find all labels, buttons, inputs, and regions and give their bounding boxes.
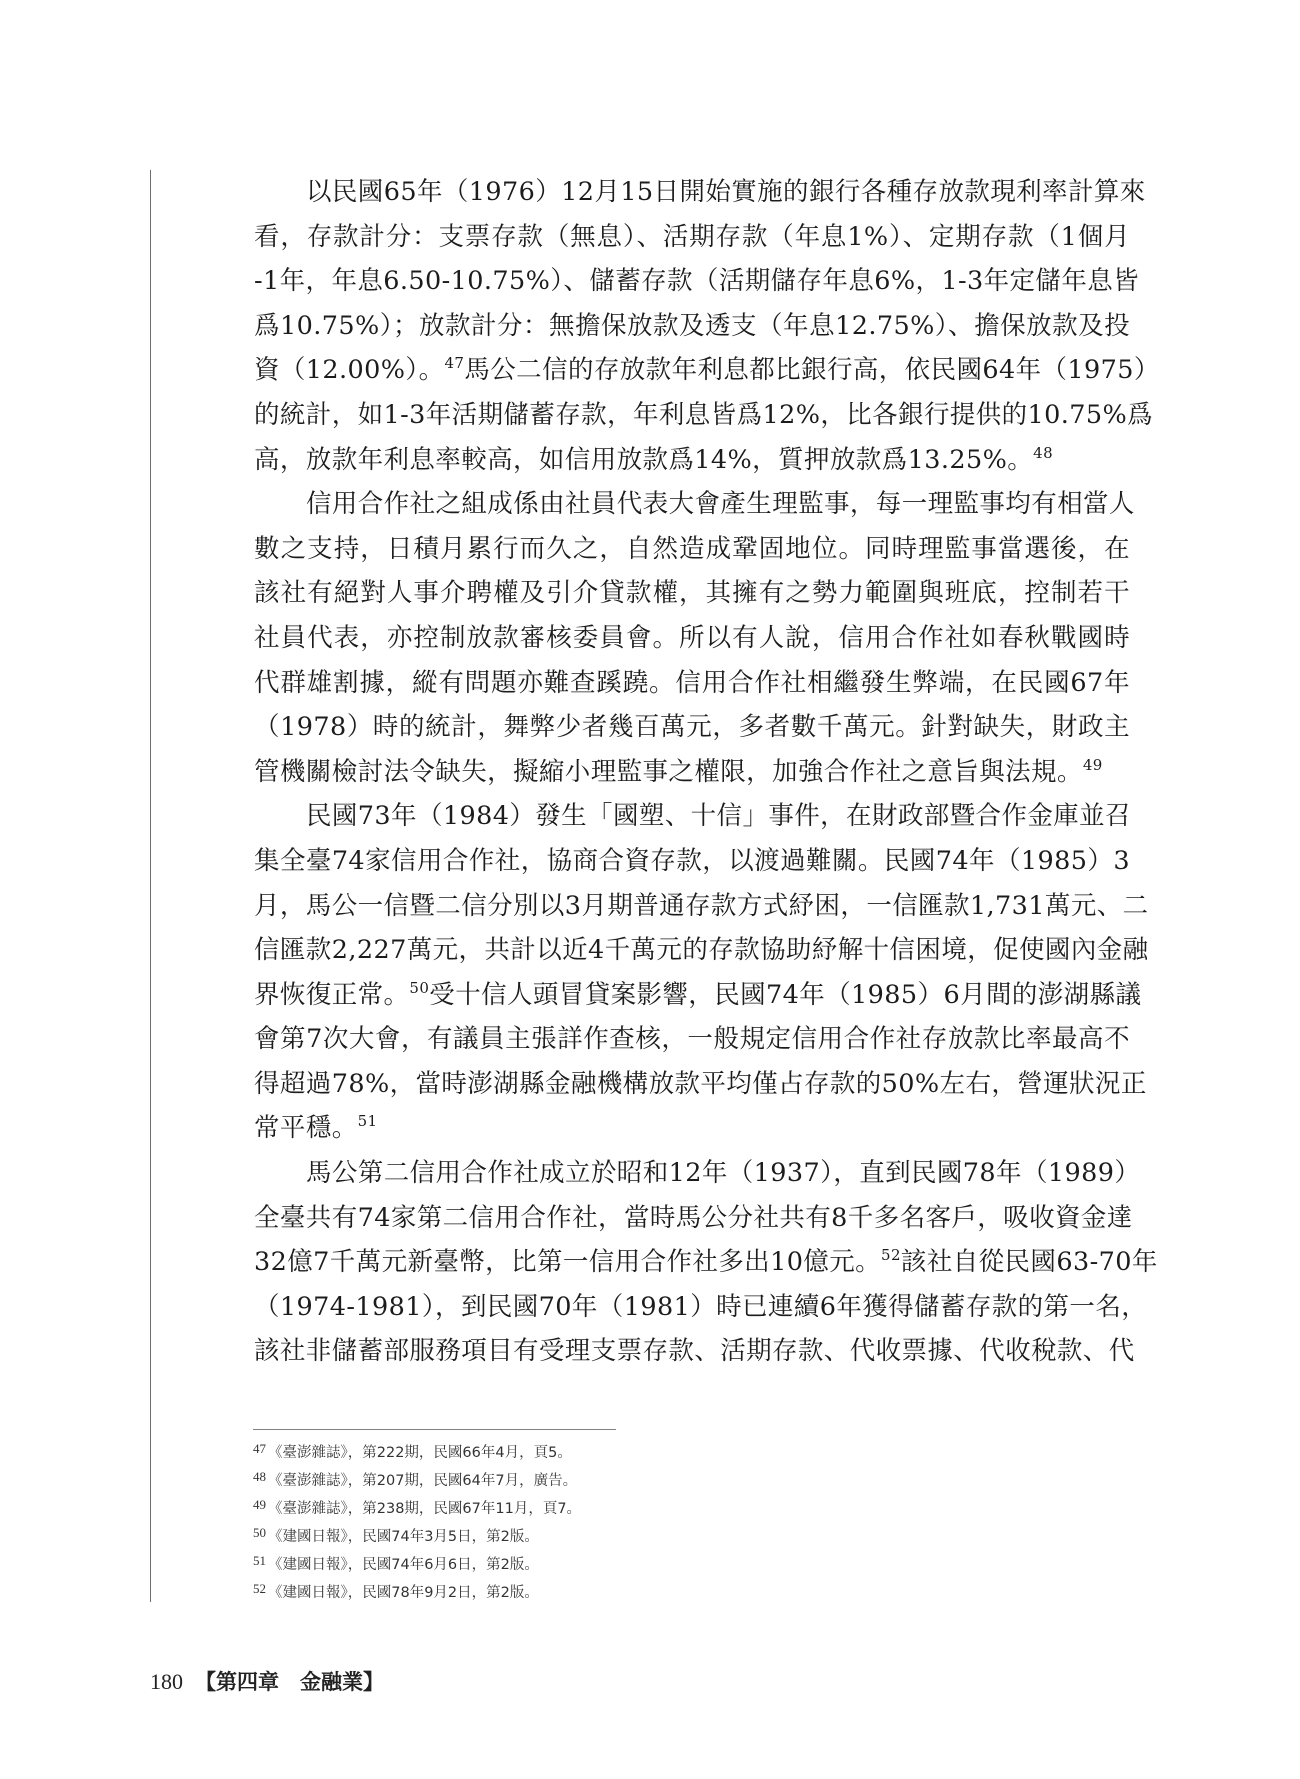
text-segment: 界恢復正常。 xyxy=(254,980,409,1010)
footnote-51: 51《建國日報》，民國74年6月6日，第2版。 xyxy=(253,1549,581,1577)
footnote-ref-50[interactable]: 50 xyxy=(409,979,429,997)
page-footer: 180【第四章 金融業】 xyxy=(150,1666,384,1696)
text-line: 信用合作社之組成係由社員代表大會產生理監事，每一理監事均有相當人 xyxy=(254,482,1130,527)
text-segment: 資（12.00%）。 xyxy=(254,355,444,385)
footnote-48: 48《臺澎雜誌》，第207期，民國64年7月，廣告。 xyxy=(253,1465,581,1493)
text-segment: 32億7千萬元新臺幣，比第一信用合作社多出10億元。 xyxy=(254,1247,881,1277)
text-line: 馬公第二信用合作社成立於昭和12年（1937），直到民國78年（1989） xyxy=(254,1151,1130,1196)
text-line: 會第7次大會，有議員主張詳作查核，一般規定信用合作社存放款比率最高不 xyxy=(254,1017,1130,1062)
paragraph-2: 信用合作社之組成係由社員代表大會產生理監事，每一理監事均有相當人 數之支持，日積… xyxy=(254,482,1130,794)
paragraph-1: 以民國65年（1976）12月15日開始實施的銀行各種存放款現利率計算來 看，存… xyxy=(254,170,1130,482)
footnote-49: 49《臺澎雜誌》，第238期，民國67年11月，頁7。 xyxy=(253,1493,581,1521)
footnote-separator xyxy=(253,1429,616,1430)
text-line: 界恢復正常。50受十信人頭冒貸案影響，民國74年（1985）6月間的澎湖縣議 xyxy=(254,973,1130,1018)
footnote-number: 48 xyxy=(253,1469,266,1484)
text-segment: 常平穩。 xyxy=(254,1113,358,1143)
footnote-ref-52[interactable]: 52 xyxy=(881,1246,901,1264)
page-number: 180 xyxy=(150,1669,183,1694)
footnote-number: 52 xyxy=(253,1581,266,1596)
text-line: -1年，年息6.50-10.75%）、儲蓄存款（活期儲存年息6%，1-3年定儲年… xyxy=(254,259,1130,304)
text-line: （1974-1981），到民國70年（1981）時已連續6年獲得儲蓄存款的第一名… xyxy=(254,1285,1130,1330)
footnote-number: 49 xyxy=(253,1497,266,1512)
footnote-number: 51 xyxy=(253,1553,266,1568)
text-segment: 該社自從民國63-70年 xyxy=(901,1247,1158,1277)
text-line: 以民國65年（1976）12月15日開始實施的銀行各種存放款現利率計算來 xyxy=(254,170,1130,215)
text-line: 高，放款年利息率較高，如信用放款爲14%，質押放款爲13.25%。48 xyxy=(254,438,1130,483)
text-line: 代群雄割據，縱有問題亦難查蹊蹺。信用合作社相繼發生弊端，在民國67年 xyxy=(254,661,1130,706)
footnote-number: 47 xyxy=(253,1441,266,1456)
footnote-52: 52《建國日報》，民國78年9月2日，第2版。 xyxy=(253,1577,581,1605)
text-line: 月，馬公一信暨二信分別以3月期普通存款方式紓困，一信匯款1,731萬元、二 xyxy=(254,884,1130,929)
text-line: 集全臺74家信用合作社，協商合資存款，以渡過難關。民國74年（1985）3 xyxy=(254,839,1130,884)
text-line: 32億7千萬元新臺幣，比第一信用合作社多出10億元。52該社自從民國63-70年 xyxy=(254,1240,1130,1285)
text-line: 的統計，如1-3年活期儲蓄存款，年利息皆爲12%，比各銀行提供的10.75%爲 xyxy=(254,393,1130,438)
text-line: 常平穩。51 xyxy=(254,1106,1130,1151)
text-segment: 高，放款年利息率較高，如信用放款爲14%，質押放款爲13.25%。 xyxy=(254,445,1033,475)
footnote-text: 《臺澎雜誌》，第222期，民國66年4月，頁5。 xyxy=(268,1445,572,1461)
body-text: 以民國65年（1976）12月15日開始實施的銀行各種存放款現利率計算來 看，存… xyxy=(254,170,1130,1374)
text-line: 得超過78%，當時澎湖縣金融機構放款平均僅占存款的50%左右，營運狀況正 xyxy=(254,1062,1130,1107)
chapter-label: 【第四章 金融業】 xyxy=(195,1669,384,1694)
footnote-47: 47《臺澎雜誌》，第222期，民國66年4月，頁5。 xyxy=(253,1437,581,1465)
text-line: 數之支持，日積月累行而久之，自然造成鞏固地位。同時理監事當選後，在 xyxy=(254,527,1130,572)
footnote-ref-51[interactable]: 51 xyxy=(358,1112,378,1130)
margin-rule xyxy=(150,170,151,1602)
footnote-ref-49[interactable]: 49 xyxy=(1083,756,1103,774)
text-line: 爲10.75%）；放款計分：無擔保放款及透支（年息12.75%）、擔保放款及投 xyxy=(254,304,1130,349)
paragraph-3: 民國73年（1984）發生「國塑、十信」事件，在財政部暨合作金庫並召 集全臺74… xyxy=(254,794,1130,1151)
footnote-50: 50《建國日報》，民國74年3月5日，第2版。 xyxy=(253,1521,581,1549)
text-line: （1978）時的統計，舞弊少者幾百萬元，多者數千萬元。針對缺失，財政主 xyxy=(254,705,1130,750)
text-line: 該社有絕對人事介聘權及引介貸款權，其擁有之勢力範圍與班底，控制若干 xyxy=(254,571,1130,616)
text-line: 資（12.00%）。47馬公二信的存放款年利息都比銀行高，依民國64年（1975… xyxy=(254,348,1130,393)
text-segment: 受十信人頭冒貸案影響，民國74年（1985）6月間的澎湖縣議 xyxy=(429,980,1141,1010)
footnote-ref-47[interactable]: 47 xyxy=(444,354,464,372)
footnote-text: 《臺澎雜誌》，第207期，民國64年7月，廣告。 xyxy=(268,1473,577,1489)
text-line: 社員代表，亦控制放款審核委員會。所以有人說，信用合作社如春秋戰國時 xyxy=(254,616,1130,661)
text-line: 看，存款計分：支票存款（無息）、活期存款（年息1%）、定期存款（1個月 xyxy=(254,215,1130,260)
footnote-text: 《臺澎雜誌》，第238期，民國67年11月，頁7。 xyxy=(268,1501,581,1517)
footnote-text: 《建國日報》，民國78年9月2日，第2版。 xyxy=(268,1585,539,1601)
text-line: 管機關檢討法令缺失，擬縮小理監事之權限，加強合作社之意旨與法規。49 xyxy=(254,750,1130,795)
text-line: 全臺共有74家第二信用合作社，當時馬公分社共有8千多名客戶，吸收資金達 xyxy=(254,1196,1130,1241)
text-line: 民國73年（1984）發生「國塑、十信」事件，在財政部暨合作金庫並召 xyxy=(254,794,1130,839)
text-segment: 馬公二信的存放款年利息都比銀行高，依民國64年（1975） xyxy=(464,355,1159,385)
text-line: 信匯款2,227萬元，共計以近4千萬元的存款協助紓解十信困境，促使國內金融 xyxy=(254,928,1130,973)
footnote-text: 《建國日報》，民國74年3月5日，第2版。 xyxy=(268,1529,539,1545)
footnote-ref-48[interactable]: 48 xyxy=(1033,444,1053,462)
text-line: 該社非儲蓄部服務項目有受理支票存款、活期存款、代收票據、代收稅款、代 xyxy=(254,1329,1130,1374)
footnotes: 47《臺澎雜誌》，第222期，民國66年4月，頁5。 48《臺澎雜誌》，第207… xyxy=(253,1437,581,1605)
footnote-text: 《建國日報》，民國74年6月6日，第2版。 xyxy=(268,1557,539,1573)
paragraph-4: 馬公第二信用合作社成立於昭和12年（1937），直到民國78年（1989） 全臺… xyxy=(254,1151,1130,1374)
footnote-number: 50 xyxy=(253,1525,266,1540)
text-segment: 管機關檢討法令缺失，擬縮小理監事之權限，加強合作社之意旨與法規。 xyxy=(254,757,1083,787)
